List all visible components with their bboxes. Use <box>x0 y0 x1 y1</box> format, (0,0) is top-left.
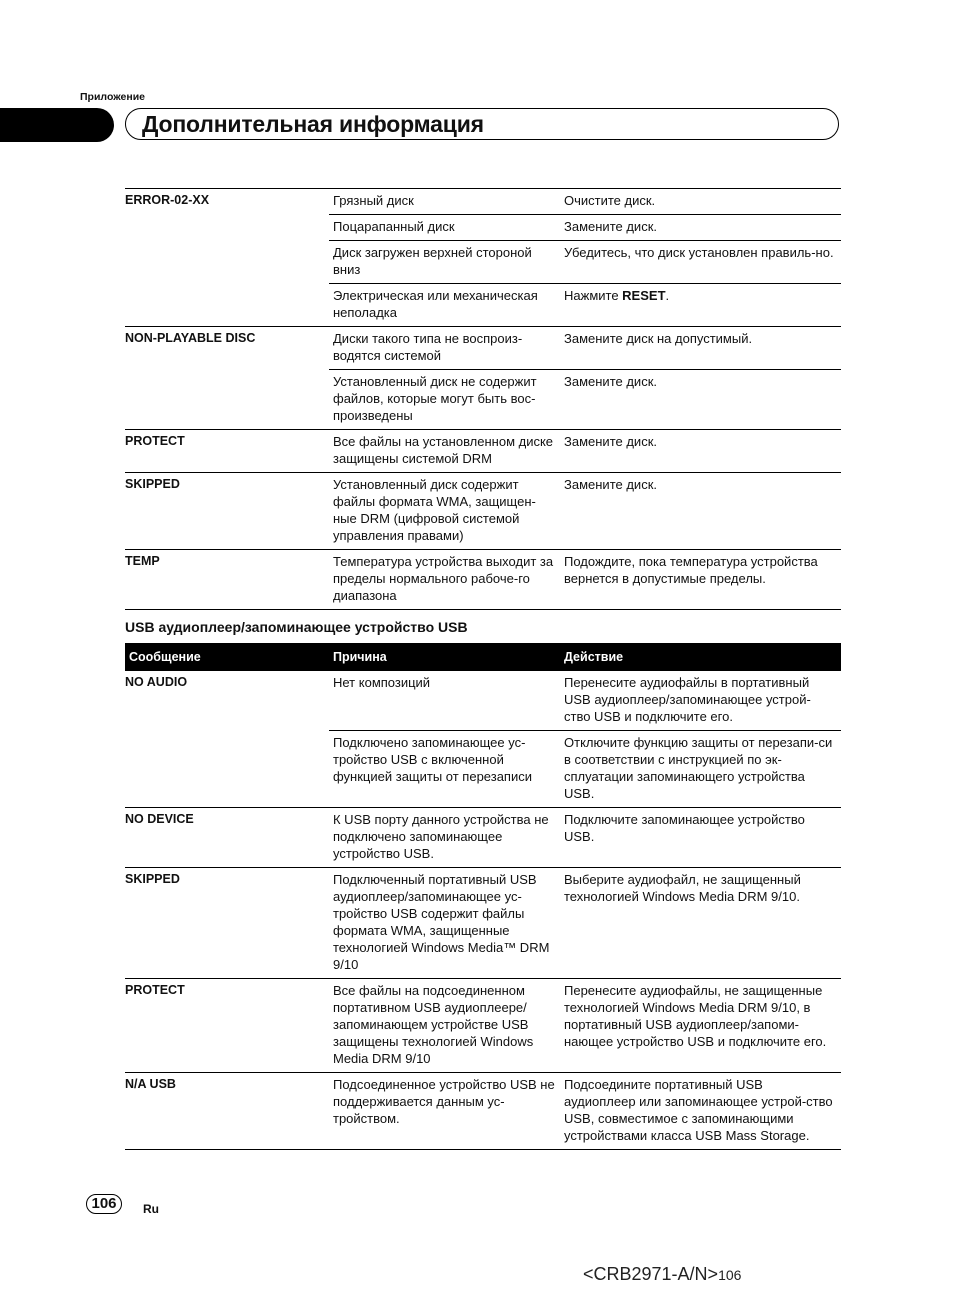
table-row: PROTECTВсе файлы на подсоединенном порта… <box>125 979 841 1073</box>
message-cell: PROTECT <box>125 430 329 473</box>
message-cell: NO AUDIO <box>125 671 329 731</box>
section-label: Приложение <box>80 91 145 103</box>
doc-code-text: <CRB2971-A/N> <box>583 1264 718 1284</box>
action-cell: Убедитесь, что диск установлен правиль-н… <box>560 241 841 284</box>
cause-cell: Подсоединенное устройство USB не поддерж… <box>329 1073 560 1150</box>
cause-cell: Установленный диск не содержит файлов, к… <box>329 370 560 430</box>
page-title-box: Дополнительная информация <box>125 108 839 140</box>
action-cell: Замените диск на допустимый. <box>560 327 841 370</box>
table-row: Диск загружен верхней стороной внизУбеди… <box>125 241 841 284</box>
action-cell: Перенесите аудиофайлы, не защищенные тех… <box>560 979 841 1073</box>
reset-button-label: RESET <box>622 288 665 303</box>
message-cell: N/A USB <box>125 1073 329 1150</box>
table-row: Поцарапанный дискЗамените диск. <box>125 215 841 241</box>
action-cell: Отключите функцию защиты от перезапи-си … <box>560 731 841 808</box>
column-header-cause: Причина <box>329 643 560 671</box>
action-cell: Замените диск. <box>560 473 841 550</box>
table-row: PROTECTВсе файлы на установленном диске … <box>125 430 841 473</box>
message-cell <box>125 241 329 284</box>
page-title: Дополнительная информация <box>142 111 484 138</box>
action-cell: Подождите, пока температура устройства в… <box>560 550 841 610</box>
cause-cell: Все файлы на подсоединенном портативном … <box>329 979 560 1073</box>
action-cell: Нажмите RESET. <box>560 284 841 327</box>
section-tab-marker <box>0 108 114 142</box>
action-cell: Замените диск. <box>560 215 841 241</box>
action-text: Нажмите <box>564 288 622 303</box>
message-cell: ERROR-02-XX <box>125 189 329 215</box>
table-row: ERROR-02-XXГрязный дискОчистите диск. <box>125 189 841 215</box>
page-number-badge: 106 <box>86 1194 122 1214</box>
table-row: TEMPТемпература устройства выходит за пр… <box>125 550 841 610</box>
cause-cell: К USB порту данного устройства не подклю… <box>329 808 560 868</box>
action-cell: Подключите запоминающее устройство USB. <box>560 808 841 868</box>
document-code: <CRB2971-A/N>106 <box>583 1264 741 1285</box>
cause-cell: Подключенный портативный USB аудиоплеер/… <box>329 868 560 979</box>
table-row: Подключено запоминающее ус-тройство USB … <box>125 731 841 808</box>
action-cell: Перенесите аудиофайлы в портативный USB … <box>560 671 841 731</box>
cause-cell: Установленный диск содержит файлы формат… <box>329 473 560 550</box>
column-header-message: Сообщение <box>125 643 329 671</box>
action-cell: Выберите аудиофайл, не защищенный технол… <box>560 868 841 979</box>
cause-cell: Температура устройства выходит за предел… <box>329 550 560 610</box>
table-row: SKIPPEDУстановленный диск содержит файлы… <box>125 473 841 550</box>
action-cell: Замените диск. <box>560 370 841 430</box>
cause-cell: Диск загружен верхней стороной вниз <box>329 241 560 284</box>
usb-error-table: Сообщение Причина Действие NO AUDIOНет к… <box>125 643 841 1150</box>
table-row: N/A USBПодсоединенное устройство USB не … <box>125 1073 841 1150</box>
disc-error-table: ERROR-02-XXГрязный дискОчистите диск.Поц… <box>125 188 841 610</box>
column-header-action: Действие <box>560 643 841 671</box>
action-cell: Подсоедините портативный USB аудиоплеер … <box>560 1073 841 1150</box>
doc-code-page: 106 <box>718 1267 741 1283</box>
table-row: Установленный диск не содержит файлов, к… <box>125 370 841 430</box>
cause-cell: Поцарапанный диск <box>329 215 560 241</box>
table-row: NO DEVICEК USB порту данного устройства … <box>125 808 841 868</box>
cause-cell: Электрическая или механическая неполадка <box>329 284 560 327</box>
message-cell <box>125 215 329 241</box>
table-row: SKIPPEDПодключенный портативный USB ауди… <box>125 868 841 979</box>
message-cell: SKIPPED <box>125 868 329 979</box>
message-cell <box>125 284 329 327</box>
table-row: NON-PLAYABLE DISCДиски такого типа не во… <box>125 327 841 370</box>
message-cell <box>125 731 329 808</box>
table-row: NO AUDIOНет композицийПеренесите аудиофа… <box>125 671 841 731</box>
cause-cell: Диски такого типа не воспроиз-водятся си… <box>329 327 560 370</box>
cause-cell: Нет композиций <box>329 671 560 731</box>
language-code: Ru <box>143 1202 159 1216</box>
message-cell: TEMP <box>125 550 329 610</box>
table-row: Электрическая или механическая неполадка… <box>125 284 841 327</box>
cause-cell: Грязный диск <box>329 189 560 215</box>
message-cell: SKIPPED <box>125 473 329 550</box>
action-text-suffix: . <box>666 288 670 303</box>
table-header-row: Сообщение Причина Действие <box>125 643 841 671</box>
message-cell <box>125 370 329 430</box>
cause-cell: Подключено запоминающее ус-тройство USB … <box>329 731 560 808</box>
message-cell: NON-PLAYABLE DISC <box>125 327 329 370</box>
cause-cell: Все файлы на установленном диске защищен… <box>329 430 560 473</box>
action-cell: Очистите диск. <box>560 189 841 215</box>
usb-section-heading: USB аудиоплеер/запоминающее устройство U… <box>125 619 468 635</box>
action-cell: Замените диск. <box>560 430 841 473</box>
message-cell: NO DEVICE <box>125 808 329 868</box>
message-cell: PROTECT <box>125 979 329 1073</box>
